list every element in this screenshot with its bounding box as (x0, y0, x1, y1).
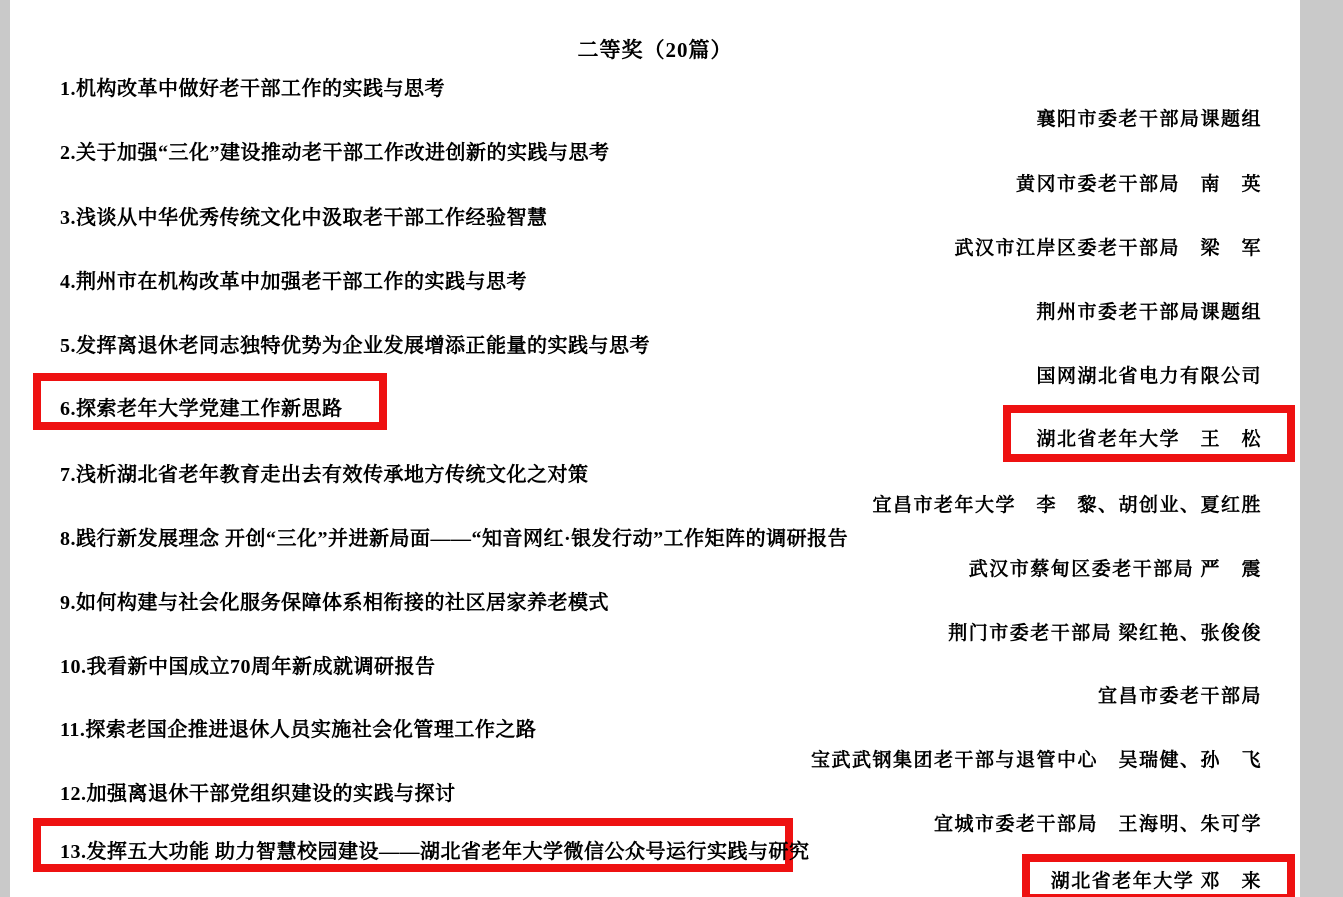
entry-title-5: 5.发挥离退休老同志独特优势为企业发展增添正能量的实践与思考 (10, 329, 1300, 355)
entry-title-11: 11.探索老国企推进退休人员实施社会化管理工作之路 (10, 713, 1300, 739)
entry-title-1: 1.机构改革中做好老干部工作的实践与思考 (10, 72, 1300, 98)
entry-attribution-6: 湖北省老年大学 王 松 (10, 424, 1300, 450)
entry-attribution-1: 襄阳市委老干部局课题组 (10, 104, 1300, 130)
entry-title-7: 7.浅析湖北省老年教育走出去有效传承地方传统文化之对策 (10, 458, 1300, 484)
entry-attribution-5: 国网湖北省电力有限公司 (10, 361, 1300, 387)
entry-title-8: 8.践行新发展理念 开创“三化”并进新局面——“知音网红·银发行动”工作矩阵的调… (10, 522, 1300, 548)
entry-attribution-3: 武汉市江岸区委老干部局 梁 军 (10, 233, 1300, 259)
entry-title-9: 9.如何构建与社会化服务保障体系相衔接的社区居家养老模式 (10, 586, 1300, 612)
document-page: 二等奖（20篇） 1.机构改革中做好老干部工作的实践与思考 襄阳市委老干部局课题… (10, 0, 1300, 897)
entry-attribution-4: 荆州市委老干部局课题组 (10, 297, 1300, 323)
entry-attribution-10: 宜昌市委老干部局 (10, 681, 1300, 707)
entry-title-13: 13.发挥五大功能 助力智慧校园建设——湖北省老年大学微信公众号运行实践与研究 (10, 835, 1300, 861)
entry-attribution-7: 宜昌市老年大学 李 黎、胡创业、夏红胜 (10, 490, 1300, 516)
entry-title-10: 10.我看新中国成立70周年新成就调研报告 (10, 650, 1300, 676)
entry-attribution-11: 宝武武钢集团老干部与退管中心 吴瑞健、孙 飞 (10, 745, 1300, 771)
entry-title-12: 12.加强离退休干部党组织建设的实践与探讨 (10, 777, 1300, 803)
entry-attribution-12: 宜城市委老干部局 王海明、朱可学 (10, 809, 1300, 835)
entry-title-4: 4.荆州市在机构改革中加强老干部工作的实践与思考 (10, 265, 1300, 291)
entry-title-3: 3.浅谈从中华优秀传统文化中汲取老干部工作经验智慧 (10, 201, 1300, 227)
entry-title-2: 2.关于加强“三化”建设推动老干部工作改进创新的实践与思考 (10, 136, 1300, 162)
entry-attribution-13: 湖北省老年大学 邓 来 (10, 866, 1300, 892)
entry-attribution-8: 武汉市蔡甸区委老干部局 严 震 (10, 554, 1300, 580)
page-title: 二等奖（20篇） (10, 34, 1300, 64)
entry-attribution-9: 荆门市委老干部局 梁红艳、张俊俊 (10, 618, 1300, 644)
entry-title-6: 6.探索老年大学党建工作新思路 (10, 392, 1300, 418)
viewer-background: 二等奖（20篇） 1.机构改革中做好老干部工作的实践与思考 襄阳市委老干部局课题… (0, 0, 1343, 897)
entry-attribution-2: 黄冈市委老干部局 南 英 (10, 169, 1300, 195)
